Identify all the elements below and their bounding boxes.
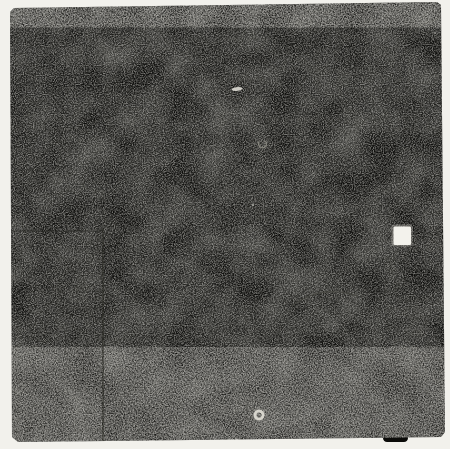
marker-square-core bbox=[394, 227, 412, 246]
dust-dot-left bbox=[28, 113, 30, 115]
marker-square bbox=[392, 225, 413, 247]
dust-dot-right bbox=[434, 32, 436, 34]
photo-svg bbox=[0, 0, 450, 449]
dust-dot-center bbox=[252, 204, 254, 206]
scanned-photo-figure: Very dark scanned photograph filling the… bbox=[0, 0, 450, 449]
bottom-grain-band bbox=[10, 352, 448, 444]
dust-dot-left-2 bbox=[32, 129, 34, 131]
photo-plate bbox=[6, 0, 450, 446]
photo-plate-texture bbox=[6, 0, 450, 446]
